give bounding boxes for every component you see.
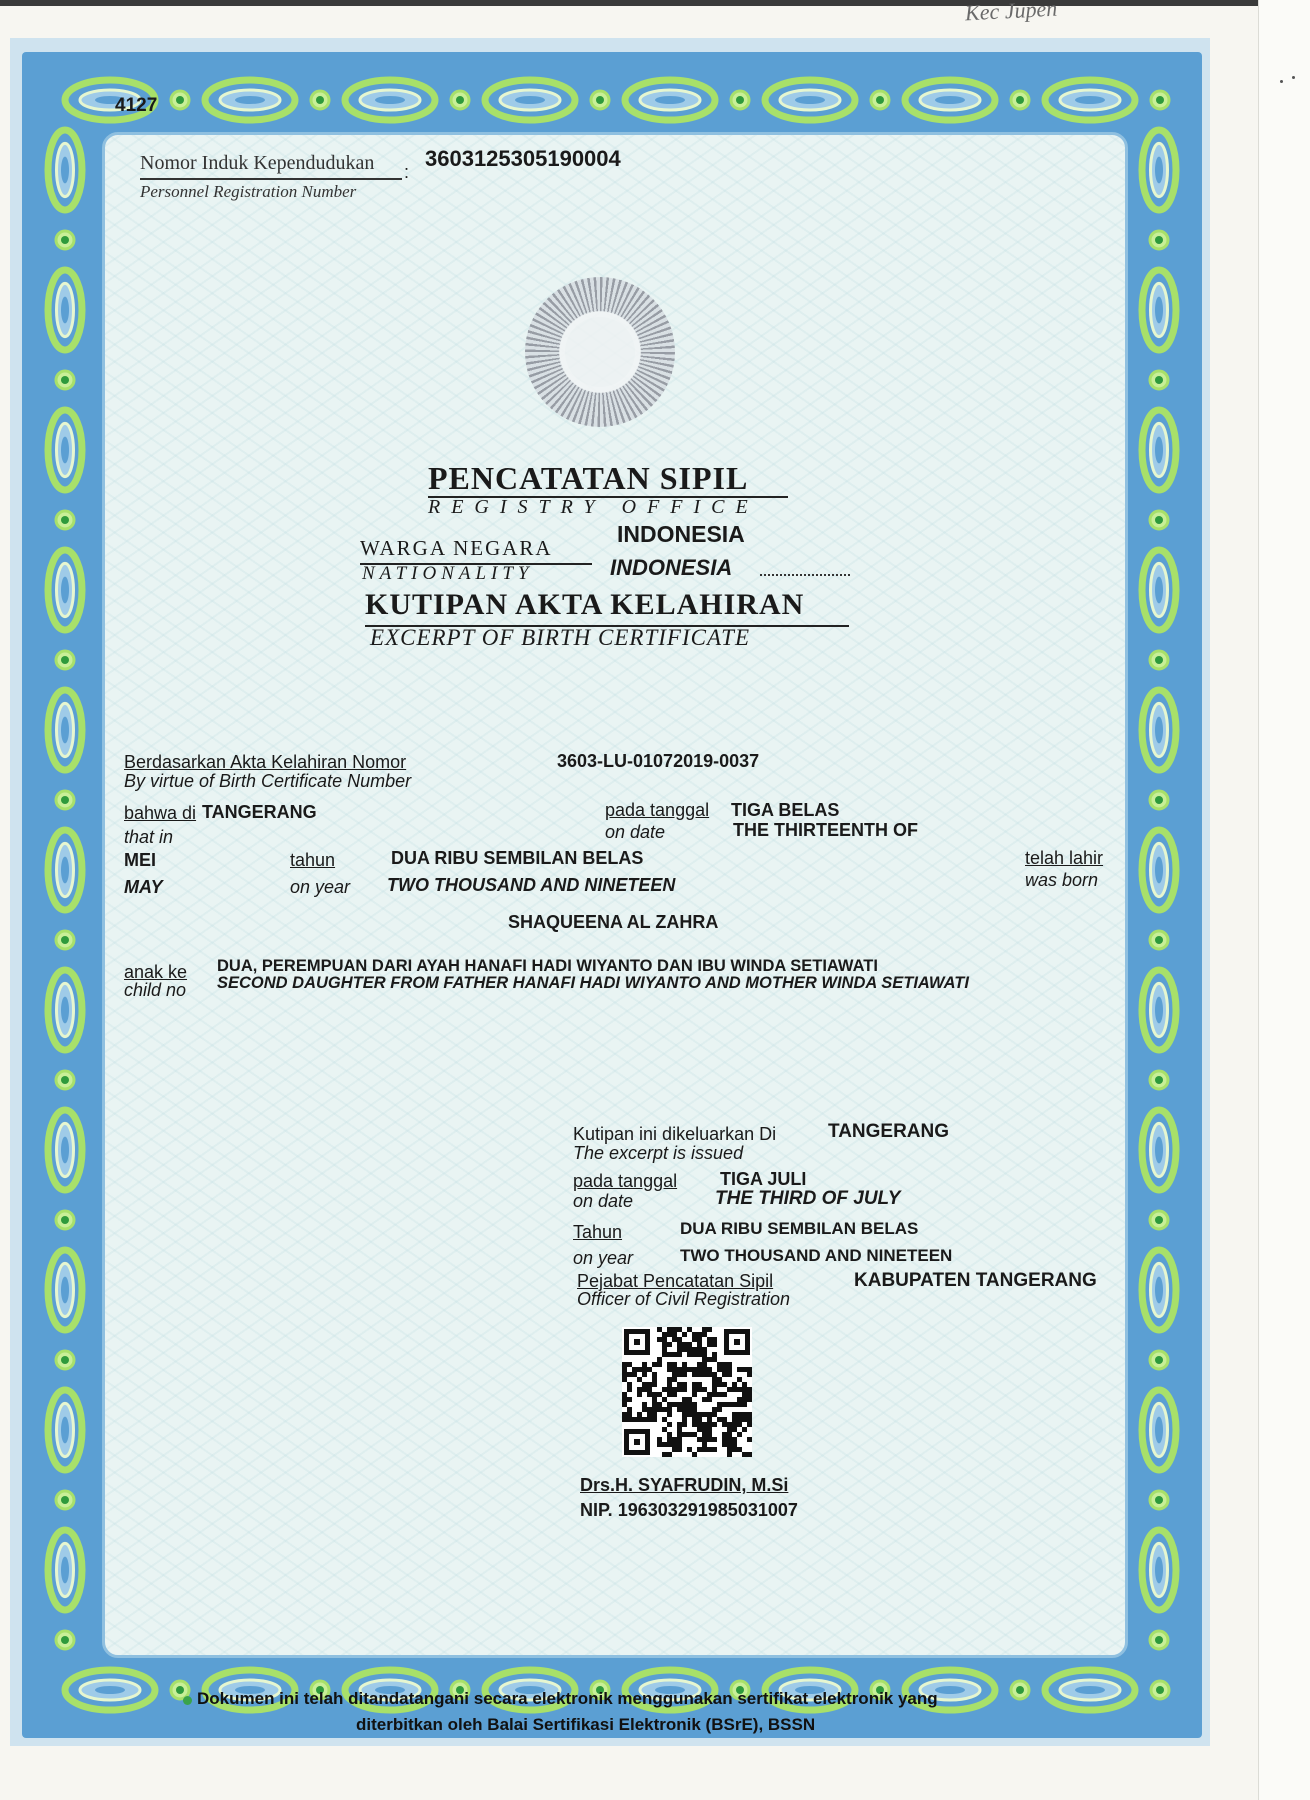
born-label-en: was born (1025, 870, 1098, 891)
nik-label: Nomor Induk Kependudukan (140, 152, 374, 175)
issue-date-value-en: THE THIRD OF JULY (715, 1188, 900, 1210)
scan-speck (1292, 76, 1295, 79)
document-title: KUTIPAN AKTA KELAHIRAN (365, 588, 804, 622)
issue-date-value: TIGA JULI (720, 1169, 806, 1190)
birth-day-value: TIGA BELAS (731, 800, 839, 821)
issued-label-en: The excerpt is issued (573, 1143, 743, 1164)
dotted-leader (760, 574, 850, 576)
birth-year-value-en: TWO THOUSAND AND NINETEEN (387, 875, 675, 896)
birth-date-label: pada tanggal (605, 800, 709, 821)
born-label: telah lahir (1025, 848, 1103, 869)
signatory-name: Drs.H. SYAFRUDIN, M.Si (580, 1475, 788, 1496)
issued-place: TANGERANG (828, 1121, 949, 1143)
issue-year-label-en: on year (573, 1248, 633, 1269)
birth-month-value-en: MAY (124, 877, 163, 898)
nik-separator: : (404, 162, 409, 183)
cert-number-label-en: By virtue of Birth Certificate Number (124, 771, 411, 792)
office-title: PENCATATAN SIPIL (428, 460, 748, 497)
officer-region: KABUPATEN TANGERANG (854, 1270, 1097, 1292)
birth-place-label-en: that in (124, 827, 173, 848)
birth-place-label: bahwa di (124, 803, 196, 824)
signatory-nip: NIP. 196303291985031007 (580, 1500, 798, 1521)
serial-number: 4127 (115, 95, 157, 117)
cert-number-label: Berdasarkan Akta Kelahiran Nomor (124, 752, 406, 773)
birth-year-label-en: on year (290, 877, 350, 898)
scan-speck (1280, 80, 1283, 83)
birth-year-value: DUA RIBU SEMBILAN BELAS (391, 848, 643, 869)
child-no-value-en: SECOND DAUGHTER FROM FATHER HANAFI HADI … (217, 974, 969, 993)
officer-label-en: Officer of Civil Registration (577, 1289, 790, 1310)
child-name: SHAQUEENA AL ZAHRA (508, 912, 718, 933)
issue-year-value-en: TWO THOUSAND AND NINETEEN (680, 1246, 952, 1266)
nationality-value-en: INDONESIA (610, 555, 732, 581)
cert-number-value: 3603-LU-01072019-0037 (557, 751, 759, 772)
garuda-emblem-icon (525, 277, 675, 427)
birth-month-value: MEI (124, 850, 156, 871)
nationality-value: INDONESIA (617, 521, 745, 548)
child-no-label-en: child no (124, 980, 186, 1001)
birth-day-value-en: THE THIRTEENTH OF (733, 820, 918, 841)
qr-code-icon (622, 1327, 752, 1457)
document-title-en: EXCERPT OF BIRTH CERTIFICATE (370, 625, 750, 651)
nationality-label-en: NATIONALITY (362, 563, 534, 585)
footer-line-2: diterbitkan oleh Balai Sertifikasi Elekt… (356, 1715, 815, 1735)
footer-line-1: Dokumen ini telah ditandatangani secara … (197, 1689, 938, 1709)
bullet-icon (183, 1696, 192, 1705)
office-title-en: REGISTRY OFFICE (428, 496, 759, 519)
issue-year-label: Tahun (573, 1222, 622, 1243)
issued-label: Kutipan ini dikeluarkan Di (573, 1124, 776, 1145)
scan-margin-strip (1258, 0, 1310, 1800)
issue-year-value: DUA RIBU SEMBILAN BELAS (680, 1219, 918, 1239)
birth-place-value: TANGERANG (202, 802, 317, 823)
nik-value: 3603125305190004 (425, 146, 621, 172)
issue-date-label-en: on date (573, 1191, 633, 1212)
birth-year-label: tahun (290, 850, 335, 871)
nik-label-en: Personnel Registration Number (140, 182, 356, 202)
nationality-label: WARGA NEGARA (360, 536, 553, 561)
issue-date-label: pada tanggal (573, 1171, 677, 1192)
divider (140, 178, 402, 180)
birth-date-label-en: on date (605, 822, 665, 843)
